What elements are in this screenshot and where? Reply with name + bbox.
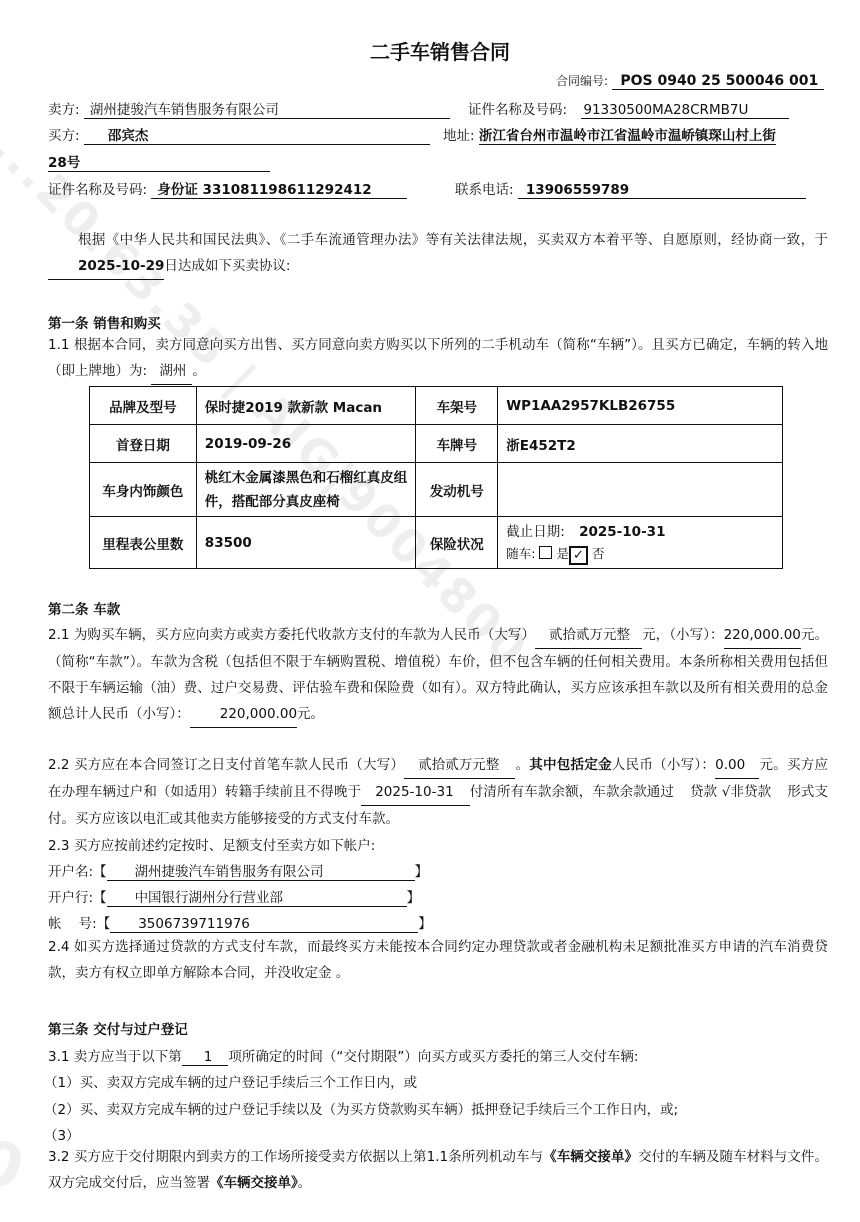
table-row: 首登日期 2019-09-26 车牌号 浙E452T2 (90, 425, 783, 463)
insurance-expiry-value: 2025-10-31 (579, 524, 665, 540)
clause-3-2: 3.2 买方应于交付期限内到卖方的工作场所接受卖方依据以上第1.1条所列机动车与… (48, 1144, 828, 1196)
seller-id-value: 91330500MA28CRMB7U (581, 102, 789, 119)
bracket: 】 (407, 890, 421, 906)
buyer-address-line2: 28号 (48, 151, 270, 172)
reg-date-value: 2019-09-26 (196, 425, 416, 463)
insurance-no-checkbox-checked[interactable]: ✓ (569, 546, 588, 565)
table-row: 车身内饰颜色 桃红木金属漆黑色和石榴红真皮组件，搭配部分真皮座椅 发动机号 (90, 463, 783, 517)
insurance-expiry-label: 截止日期: (506, 524, 565, 540)
insurance-cell: 截止日期: 2025-10-31 随车: 是✓ 否 (498, 517, 783, 569)
delivery-option-2: （2）买、卖双方完成车辆的过户登记手续以及（为买方贷款购买车辆）抵押登记手续后三… (44, 1098, 678, 1118)
clause-2-2-text-c: 人民币（小写）： (612, 757, 715, 773)
watermark-fragment: 0 (0, 1125, 32, 1205)
contract-page: ...20.63.35 | AIG|9004800 0 二手车销售合同 合同编号… (0, 0, 860, 1222)
buyer-address-line1: 浙江省台州市温岭市江省温岭市温峤镇琛山村上街 (479, 124, 776, 145)
article3-heading: 第三条 交付与过户登记 (48, 1018, 188, 1038)
payment-deadline: 2025-10-31 (361, 779, 469, 806)
preamble: 根据《中华人民共和国民法典》、《二手车流通管理办法》等有关法律法规，买卖双方本着… (48, 227, 828, 280)
payment-method: 贷款 √非贷款 (674, 784, 787, 800)
account-name-row: 开户名:【湖州捷骏汽车销售服务有限公司】 (48, 860, 428, 881)
buyer-phone-label: 联系电话: (455, 182, 514, 198)
reg-date-label: 首登日期 (90, 425, 197, 463)
plate-label: 车牌号 (416, 425, 498, 463)
document-title: 二手车销售合同 (0, 36, 860, 65)
color-label: 车身内饰颜色 (90, 463, 197, 517)
agreement-date: 2025-10-29 (48, 253, 164, 280)
clause-2-1-text-b: 元，（小写）： (642, 627, 724, 643)
seller-name: 湖州捷骏汽车销售服务有限公司 (84, 98, 450, 119)
vehicle-info-table: 品牌及型号 保时捷2019 款新款 Macan 车架号 WP1AA2957KLB… (89, 386, 783, 569)
deposit-included-label: 其中包括定金 (529, 757, 612, 773)
price-lower: 220,000.00 (724, 622, 801, 649)
account-name-value: 湖州捷骏汽车销售服务有限公司 (107, 860, 415, 881)
buyer-name: 邵宾杰 (84, 124, 430, 145)
engine-value (498, 463, 783, 517)
account-number-label: 帐 号:【 (48, 916, 110, 932)
bank-value: 中国银行湖州分行营业部 (107, 886, 407, 907)
mileage-label: 里程表公里数 (90, 517, 197, 569)
first-payment-upper: 贰拾贰万元整 (404, 752, 515, 779)
insurance-yes-label: 是 (556, 546, 569, 561)
vin-label: 车架号 (416, 387, 498, 425)
bracket: 】 (418, 916, 432, 932)
insurance-with-car-label: 随车: (506, 546, 535, 561)
article1-heading: 第一条 销售和购买 (48, 312, 161, 332)
contract-number-row: 合同编号: POS 0940 25 500046 001 (556, 72, 824, 90)
clause-3-1-text: 3.1 卖方应当于以下第 (48, 1049, 182, 1065)
clause-3-1: 3.1 卖方应当于以下第1项所确定的时间（“交付期限”）向买方或买方委托的第三人… (48, 1045, 638, 1066)
clause-2-1-text-d: 元。 (297, 706, 324, 722)
clause-2-4: 2.4 如买方选择通过贷款的方式支付车款，而最终买方未能按本合同约定办理贷款或者… (48, 934, 828, 986)
table-row: 里程表公里数 83500 保险状况 截止日期: 2025-10-31 随车: 是… (90, 517, 783, 569)
clause-2-2-text-b: 。 (515, 757, 529, 773)
buyer-address-label: 地址: (443, 128, 475, 144)
clause-2-2: 2.2 买方应在本合同签订之日支付首笔车款人民币（大写）贰拾贰万元整。其中包括定… (48, 752, 828, 832)
clause-2-2-text-e: 付清所有车款余额，车款余款通过 (470, 784, 674, 800)
buyer-id-value: 身份证 331081198611292412 (151, 178, 407, 199)
preamble-text: 根据《中华人民共和国民法典》、《二手车流通管理办法》等有关法律法规，买卖双方本着… (78, 232, 828, 248)
clause-3-2-text: 3.2 买方应于交付期限内到卖方的工作场所接受卖方依据以上第1.1条所列机动车与 (48, 1149, 543, 1165)
buyer-label: 买方: (48, 128, 80, 144)
buyer-id-label: 证件名称及号码: (48, 182, 147, 198)
bank-label: 开户行:【 (48, 890, 107, 906)
registration-place: 湖州 (151, 358, 192, 385)
preamble-text-end: 日达成如下买卖协议: (164, 258, 290, 274)
color-value: 桃红木金属漆黑色和石榴红真皮组件，搭配部分真皮座椅 (196, 463, 416, 517)
buyer-address-row: 地址: 浙江省台州市温岭市江省温岭市温峤镇琛山村上街 (443, 124, 776, 145)
insurance-expiry: 截止日期: 2025-10-31 (506, 521, 774, 543)
price-upper: 贰拾贰万元整 (535, 622, 642, 649)
mileage-value: 83500 (196, 517, 416, 569)
insurance-with-car: 随车: 是✓ 否 (506, 543, 774, 565)
handover-doc-name: 《车辆交接单》 (210, 1175, 298, 1191)
bank-row: 开户行:【中国银行湖州分行营业部】 (48, 886, 420, 907)
contract-number-label: 合同编号: (556, 74, 608, 88)
handover-doc-name: 《车辆交接单》 (543, 1149, 638, 1165)
clause-2-2-text: 2.2 买方应在本合同签订之日支付首笔车款人民币（大写） (48, 757, 404, 773)
delivery-option-3: （3） (44, 1124, 80, 1144)
account-number-value: 3506739711976 (110, 916, 418, 933)
vin-value: WP1AA2957KLB26755 (498, 387, 783, 425)
buyer-address-cont: 28号 (48, 151, 270, 172)
clause-3-1-text-b: 项所确定的时间（“交付期限”）向买方或买方委托的第三人交付车辆: (228, 1049, 638, 1065)
buyer-row: 买方: 邵宾杰 (48, 124, 430, 145)
seller-label: 卖方: (48, 102, 80, 118)
account-number-row: 帐 号:【3506739711976】 (48, 912, 432, 933)
clause-2-1: 2.1 为购买车辆，买方应向卖方或卖方委托代收款方支付的车款为人民币（大写）贰拾… (48, 622, 828, 728)
clause-3-2-end: 。 (298, 1175, 312, 1191)
seller-id-label: 证件名称及号码: (468, 102, 567, 118)
article2-heading: 第二条 车款 (48, 598, 120, 618)
brand-label: 品牌及型号 (90, 387, 197, 425)
clause-1-1: 1.1 根据本合同，卖方同意向买方出售、买方同意向卖方购买以下所列的二手机动车（… (48, 332, 828, 385)
contract-number-value: POS 0940 25 500046 001 (612, 73, 824, 90)
insurance-label: 保险状况 (416, 517, 498, 569)
seller-id-row: 证件名称及号码: 91330500MA28CRMB7U (468, 98, 789, 119)
buyer-id-row: 证件名称及号码: 身份证 331081198611292412 (48, 178, 407, 199)
engine-label: 发动机号 (416, 463, 498, 517)
seller-row: 卖方: 湖州捷骏汽车销售服务有限公司 (48, 98, 450, 119)
delivery-option-number: 1 (182, 1049, 229, 1066)
plate-value: 浙E452T2 (498, 425, 783, 463)
bracket: 】 (415, 864, 429, 880)
delivery-option-1: （1）买、卖双方完成车辆的过户登记手续后三个工作日内，或 (44, 1071, 417, 1091)
clause-1-1-end: 。 (192, 363, 206, 379)
clause-2-3: 2.3 买方应按前述约定按时、足额支付至卖方如下帐户: (48, 834, 375, 854)
insurance-yes-checkbox[interactable] (539, 546, 552, 559)
insurance-no-label: 否 (592, 546, 605, 561)
clause-2-1-text: 2.1 为购买车辆，买方应向卖方或卖方委托代收款方支付的车款为人民币（大写） (48, 627, 535, 643)
total-amount: 220,000.00 (190, 701, 297, 728)
brand-value: 保时捷2019 款新款 Macan (196, 387, 416, 425)
buyer-phone-row: 联系电话: 13906559789 (455, 178, 806, 199)
deposit-amount: 0.00 (715, 752, 759, 779)
buyer-phone-value: 13906559789 (518, 182, 806, 199)
account-name-label: 开户名:【 (48, 864, 107, 880)
table-row: 品牌及型号 保时捷2019 款新款 Macan 车架号 WP1AA2957KLB… (90, 387, 783, 425)
